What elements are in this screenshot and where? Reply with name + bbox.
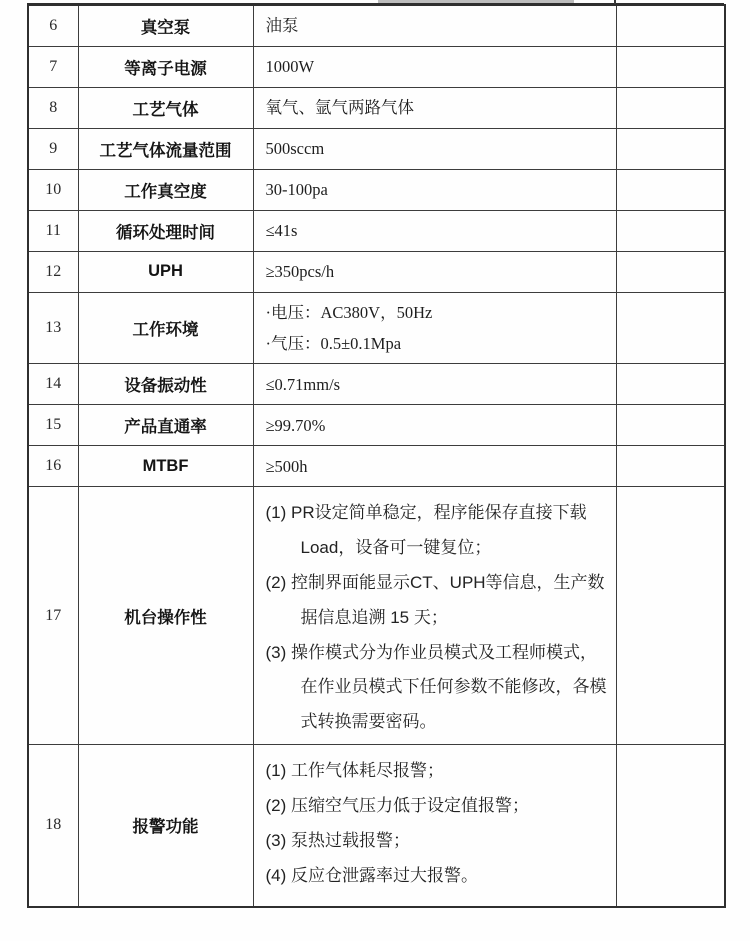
remark-cell-empty (616, 251, 725, 292)
spec-value-cell: 油泵 (253, 5, 616, 46)
row-number-cell: 16 (28, 446, 78, 487)
spec-value-line: 1000W (266, 51, 608, 82)
table-row: 13工作环境·电压：AC380V，50Hz·气压：0.5±0.1Mpa (28, 292, 725, 364)
remark-cell-empty (616, 292, 725, 364)
spec-name-cell: UPH (78, 251, 253, 292)
spec-name-cell: 产品直通率 (78, 405, 253, 446)
spec-name-cell: 等离子电源 (78, 46, 253, 87)
spec-value-line: 500sccm (266, 133, 608, 164)
row-number-cell: 9 (28, 128, 78, 169)
spec-value-line: ≥500h (266, 451, 608, 482)
spec-value-cell: ·电压：AC380V，50Hz·气压：0.5±0.1Mpa (253, 292, 616, 364)
remark-cell-empty (616, 405, 725, 446)
row-number-cell: 11 (28, 210, 78, 251)
spec-name-cell: 循环处理时间 (78, 210, 253, 251)
spec-list-item: (3) 泵热过载报警； (266, 824, 608, 859)
row-number-cell: 10 (28, 169, 78, 210)
table-row: 10工作真空度30-100pa (28, 169, 725, 210)
spec-value-line: 油泵 (266, 10, 608, 41)
spec-value-line: ·电压：AC380V，50Hz (266, 297, 608, 328)
spec-name-cell: 机台操作性 (78, 487, 253, 745)
remark-cell-empty (616, 487, 725, 745)
spec-list-item: (2) 压缩空气压力低于设定值报警； (266, 789, 608, 824)
table-row: 9工艺气体流量范围500sccm (28, 128, 725, 169)
spec-value-line: ≤41s (266, 215, 608, 246)
spec-table: 6真空泵油泵7等离子电源1000W8工艺气体氧气、氩气两路气体9工艺气体流量范围… (27, 4, 726, 908)
spec-name-cell: 设备振动性 (78, 364, 253, 405)
table-row: 17机台操作性(1) PR设定简单稳定，程序能保存直接下载Load，设备可一键复… (28, 487, 725, 745)
spec-value-cell: 500sccm (253, 128, 616, 169)
row-number-cell: 17 (28, 487, 78, 745)
row-number-cell: 13 (28, 292, 78, 364)
row-number-cell: 18 (28, 745, 78, 907)
spec-value-cell: ≥500h (253, 446, 616, 487)
row-number-cell: 12 (28, 251, 78, 292)
remark-cell-empty (616, 745, 725, 907)
spec-list-item: (1) PR设定简单稳定，程序能保存直接下载Load，设备可一键复位； (266, 496, 608, 566)
remark-cell-empty (616, 5, 725, 46)
spec-name-cell: 工作真空度 (78, 169, 253, 210)
table-row: 7等离子电源1000W (28, 46, 725, 87)
table-row: 11循环处理时间≤41s (28, 210, 725, 251)
spec-value-line: ·气压：0.5±0.1Mpa (266, 328, 608, 359)
table-row: 15产品直通率≥99.70% (28, 405, 725, 446)
spec-value-cell: ≥99.70% (253, 405, 616, 446)
remark-cell-empty (616, 446, 725, 487)
spec-list-item: (2) 控制界面能显示CT、UPH等信息，生产数据信息追溯 15 天； (266, 566, 608, 636)
spec-value-line: 30-100pa (266, 174, 608, 205)
spec-value-cell: (1) 工作气体耗尽报警；(2) 压缩空气压力低于设定值报警；(3) 泵热过载报… (253, 745, 616, 907)
spec-name-cell: 工艺气体 (78, 87, 253, 128)
row-number-cell: 8 (28, 87, 78, 128)
spec-value-cell: (1) PR设定简单稳定，程序能保存直接下载Load，设备可一键复位；(2) 控… (253, 487, 616, 745)
table-row: 16MTBF≥500h (28, 446, 725, 487)
spec-value-cell: ≤0.71mm/s (253, 364, 616, 405)
spec-name-cell: MTBF (78, 446, 253, 487)
table-row: 14设备振动性≤0.71mm/s (28, 364, 725, 405)
spec-value-cell: ≥350pcs/h (253, 251, 616, 292)
remark-cell-empty (616, 169, 725, 210)
spec-list-item: (1) 工作气体耗尽报警； (266, 754, 608, 789)
spec-value-cell: 氧气、氩气两路气体 (253, 87, 616, 128)
spec-value-cell: ≤41s (253, 210, 616, 251)
spec-name-cell: 工作环境 (78, 292, 253, 364)
remark-cell-empty (616, 210, 725, 251)
table-row: 8工艺气体氧气、氩气两路气体 (28, 87, 725, 128)
spec-name-cell: 真空泵 (78, 5, 253, 46)
remark-cell-empty (616, 364, 725, 405)
remark-cell-empty (616, 87, 725, 128)
spec-list-item: (4) 反应仓泄露率过大报警。 (266, 859, 608, 894)
table-row: 6真空泵油泵 (28, 5, 725, 46)
spec-name-cell: 报警功能 (78, 745, 253, 907)
remark-cell-empty (616, 128, 725, 169)
row-number-cell: 7 (28, 46, 78, 87)
row-number-cell: 6 (28, 5, 78, 46)
row-number-cell: 15 (28, 405, 78, 446)
spec-value-line: ≥350pcs/h (266, 256, 608, 287)
spec-value-line: ≥99.70% (266, 410, 608, 441)
scanned-document-page: 6真空泵油泵7等离子电源1000W8工艺气体氧气、氩气两路气体9工艺气体流量范围… (0, 0, 750, 941)
row-number-cell: 14 (28, 364, 78, 405)
remark-cell-empty (616, 46, 725, 87)
spec-value-cell: 30-100pa (253, 169, 616, 210)
table-row: 12UPH≥350pcs/h (28, 251, 725, 292)
spec-value-cell: 1000W (253, 46, 616, 87)
spec-value-line: ≤0.71mm/s (266, 369, 608, 400)
spec-list-item: (3) 操作模式分为作业员模式及工程师模式，在作业员模式下任何参数不能修改，各模… (266, 636, 608, 741)
table-row: 18报警功能(1) 工作气体耗尽报警；(2) 压缩空气压力低于设定值报警；(3)… (28, 745, 725, 907)
spec-name-cell: 工艺气体流量范围 (78, 128, 253, 169)
spec-value-line: 氧气、氩气两路气体 (266, 92, 608, 123)
